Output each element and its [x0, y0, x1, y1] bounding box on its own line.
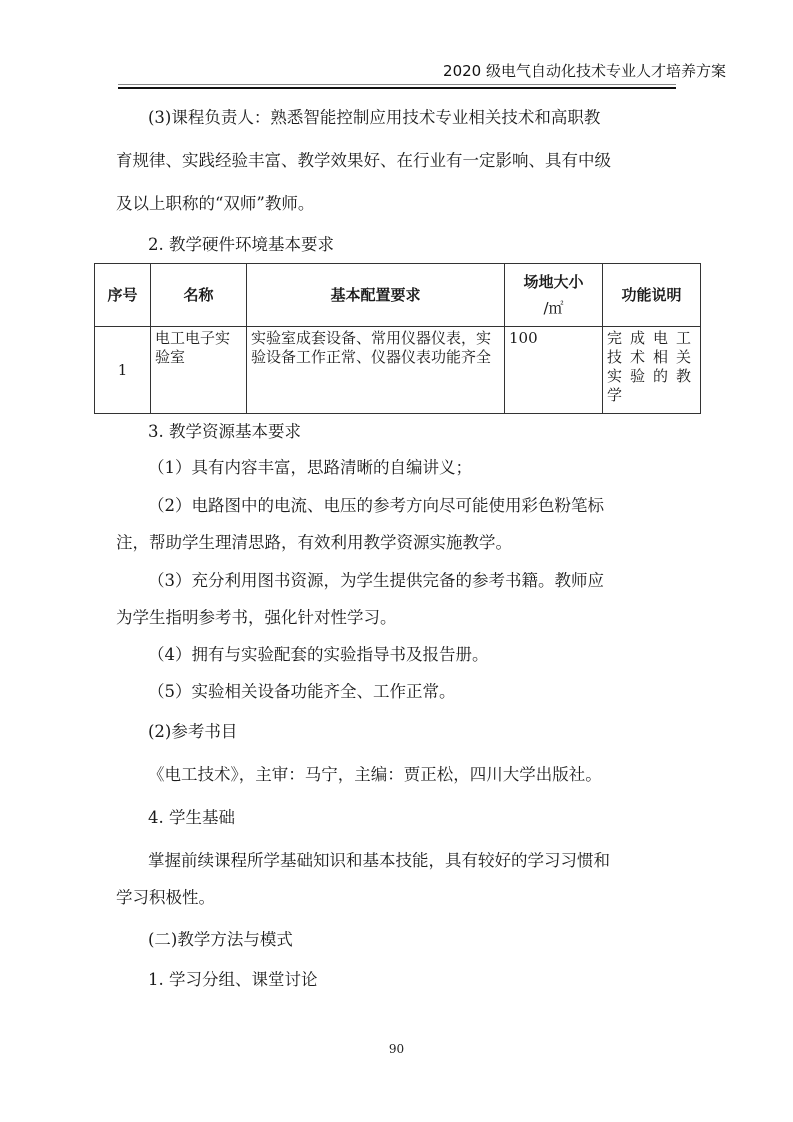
reference-book-entry: 《电工技术》，主审：马宁，主编：贾正松，四川大学出版社。: [0, 765, 793, 785]
resource-item-4: （4）拥有与实验配套的实验指导书及报告册。: [0, 645, 793, 665]
resource-item-3-line2: 为学生指明参考书，强化针对性学习。: [0, 608, 793, 628]
subheading-group-learning: 1. 学习分组、课堂讨论: [0, 970, 793, 990]
column-header-function: 功能说明: [603, 264, 701, 327]
resource-item-2-line1: （2）电路图中的电流、电压的参考方向尽可能使用彩色粉笔标: [0, 496, 793, 516]
column-header-config: 基本配置要求: [247, 264, 505, 327]
column-header-index: 序号: [95, 264, 151, 327]
table-row: 1 电工电子实验室 实验室成套设备、常用仪器仪表，实验设备工作正常、仪器仪表功能…: [95, 327, 701, 414]
heading-teaching-resources: 3. 教学资源基本要求: [0, 422, 793, 442]
cell-function: 完成电工技术相关实验的教学: [603, 327, 701, 414]
table-header-row: 序号 名称 基本配置要求 场地大小 /㎡ 功能说明: [95, 264, 701, 327]
resource-item-2-line2: 注，帮助学生理清思路，有效利用教学资源实施教学。: [0, 533, 793, 553]
heading-teaching-methods: (二)教学方法与模式: [0, 930, 793, 950]
cell-config: 实验室成套设备、常用仪器仪表，实验设备工作正常、仪器仪表功能齐全: [247, 327, 505, 414]
column-header-area: 场地大小 /㎡: [505, 264, 603, 327]
paragraph-course-leader-line3: 及以上职称的“双师”教师。: [0, 194, 793, 214]
student-foundation-line1: 掌握前续课程所学基础知识和基本技能，具有较好的学习习惯和: [0, 851, 793, 871]
paragraph-course-leader-line1: (3)课程负责人：熟悉智能控制应用技术专业相关技术和高职教: [0, 108, 793, 128]
page-header-title: 2020 级电气自动化技术专业人才培养方案: [420, 60, 726, 81]
header-rule: [118, 84, 676, 89]
page-number: 90: [0, 1042, 793, 1056]
column-header-area-line1: 场地大小: [506, 269, 601, 295]
hardware-requirements-table: 序号 名称 基本配置要求 场地大小 /㎡ 功能说明 1 电工电子实验室 实验室成…: [94, 263, 701, 414]
column-header-name: 名称: [151, 264, 247, 327]
heading-student-foundation: 4. 学生基础: [0, 808, 793, 828]
heading-reference-books: (2)参考书目: [0, 722, 793, 742]
cell-name: 电工电子实验室: [151, 327, 247, 414]
resource-item-1: （1）具有内容丰富，思路清晰的自编讲义；: [0, 458, 793, 478]
cell-index: 1: [95, 327, 151, 414]
paragraph-course-leader-line2: 育规律、实践经验丰富、教学效果好、在行业有一定影响、具有中级: [0, 151, 793, 171]
column-header-area-line2: /㎡: [506, 295, 601, 321]
student-foundation-line2: 学习积极性。: [0, 888, 793, 908]
heading-hardware-requirements: 2. 教学硬件环境基本要求: [0, 235, 793, 255]
cell-area: 100: [505, 327, 603, 414]
resource-item-5: （5）实验相关设备功能齐全、工作正常。: [0, 682, 793, 702]
resource-item-3-line1: （3）充分利用图书资源，为学生提供完备的参考书籍。教师应: [0, 571, 793, 591]
